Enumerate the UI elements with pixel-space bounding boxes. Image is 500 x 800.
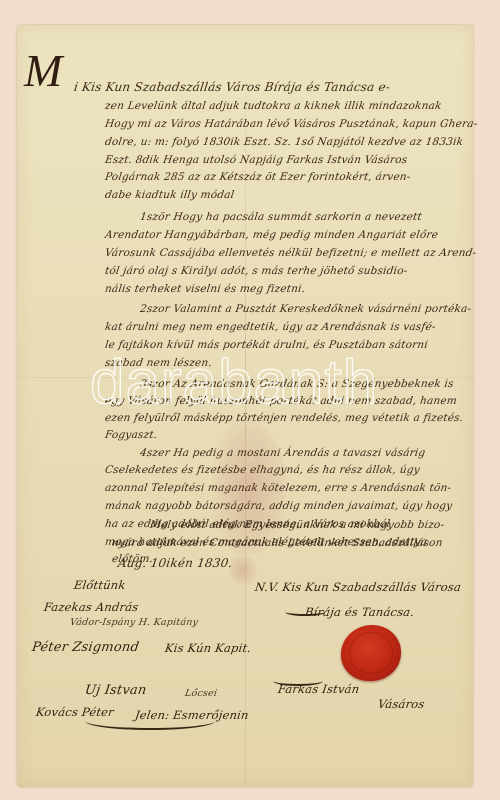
text-line: mának nagyobb bátorságára, addig minden … xyxy=(104,500,453,512)
text-line: Arendator Hangyábárban, még pedig minden… xyxy=(104,229,439,241)
text-line: kat árulni meg nem engedtetik, úgy az Ar… xyxy=(104,321,436,333)
text-line: Fogyaszt. xyxy=(104,429,158,441)
text-line: i Kis Kun Szabadszállás Város Bírája és … xyxy=(73,80,391,94)
text-line: dabe kiadtuk illy módal xyxy=(104,189,235,201)
text-line: Polgárnak 285 az az Kétszáz öt Ezer fori… xyxy=(104,171,411,183)
signature-name: Péter Zsigmond xyxy=(31,640,140,655)
text-line: nális terheket viselni és meg fizetni. xyxy=(104,283,306,295)
issuer-flourish xyxy=(285,608,325,616)
seal-impression xyxy=(349,632,393,674)
watermark-text: darabanth xyxy=(90,352,378,414)
text-line: Hogy mi az Város Határában lévő Vásáros … xyxy=(104,118,478,130)
signature-name: Uj Istvan xyxy=(84,683,148,698)
signature-title: Kis Kún Kapit. xyxy=(164,641,252,655)
signatory-flourish xyxy=(273,676,323,686)
text-line: Mely előtt adtuk Egyességünknek a mi nag… xyxy=(149,519,445,531)
text-line: dolre, u: m: folyó 1830ik Eszt. Sz. 1ső … xyxy=(104,136,464,148)
text-line: Cselekedetes és fizetésbe elhagyná, és h… xyxy=(104,464,420,476)
text-line: nyára adjuk ezen Contractualis Levelünke… xyxy=(111,537,443,549)
issuer-line-1: N.V. Kis Kun Szabadszállás Városa xyxy=(254,580,462,594)
signatory-title: Vásáros xyxy=(377,697,426,711)
text-line: 1ször Hogy ha pacsála summát sarkorin a … xyxy=(139,211,422,223)
signature-name: Fazekas András xyxy=(43,600,139,614)
text-line: zen Levelünk által adjuk tudtokra a kikn… xyxy=(104,100,442,112)
witness-heading: Előttünk xyxy=(73,578,127,592)
text-line: 2szor Valamint a Pusztát Kereskedőknek v… xyxy=(139,303,472,315)
signature-title: Vádor-Ispány H. Kapitány xyxy=(69,617,199,628)
signature-title: Lőcsei xyxy=(184,688,218,699)
wax-seal xyxy=(341,625,401,681)
text-line: 4szer Ha pedig a mostani Árendás a tavas… xyxy=(139,447,426,459)
signature-flourish xyxy=(85,712,215,730)
text-line: tól járó olaj s Királyi adót, s más terh… xyxy=(104,265,408,277)
text-line: Városunk Cassájába ellenvetés nélkül bef… xyxy=(104,247,477,259)
text-line: Eszt. 8dik Henga utolsó Napjáig Farkas I… xyxy=(104,154,408,166)
water-stain-small xyxy=(229,555,257,585)
closing-date: Aug. 10ikén 1830. xyxy=(117,556,233,570)
text-line: azonnal Telepítési maganak kötelezem, er… xyxy=(104,482,452,494)
ornate-initial: M xyxy=(24,48,62,94)
